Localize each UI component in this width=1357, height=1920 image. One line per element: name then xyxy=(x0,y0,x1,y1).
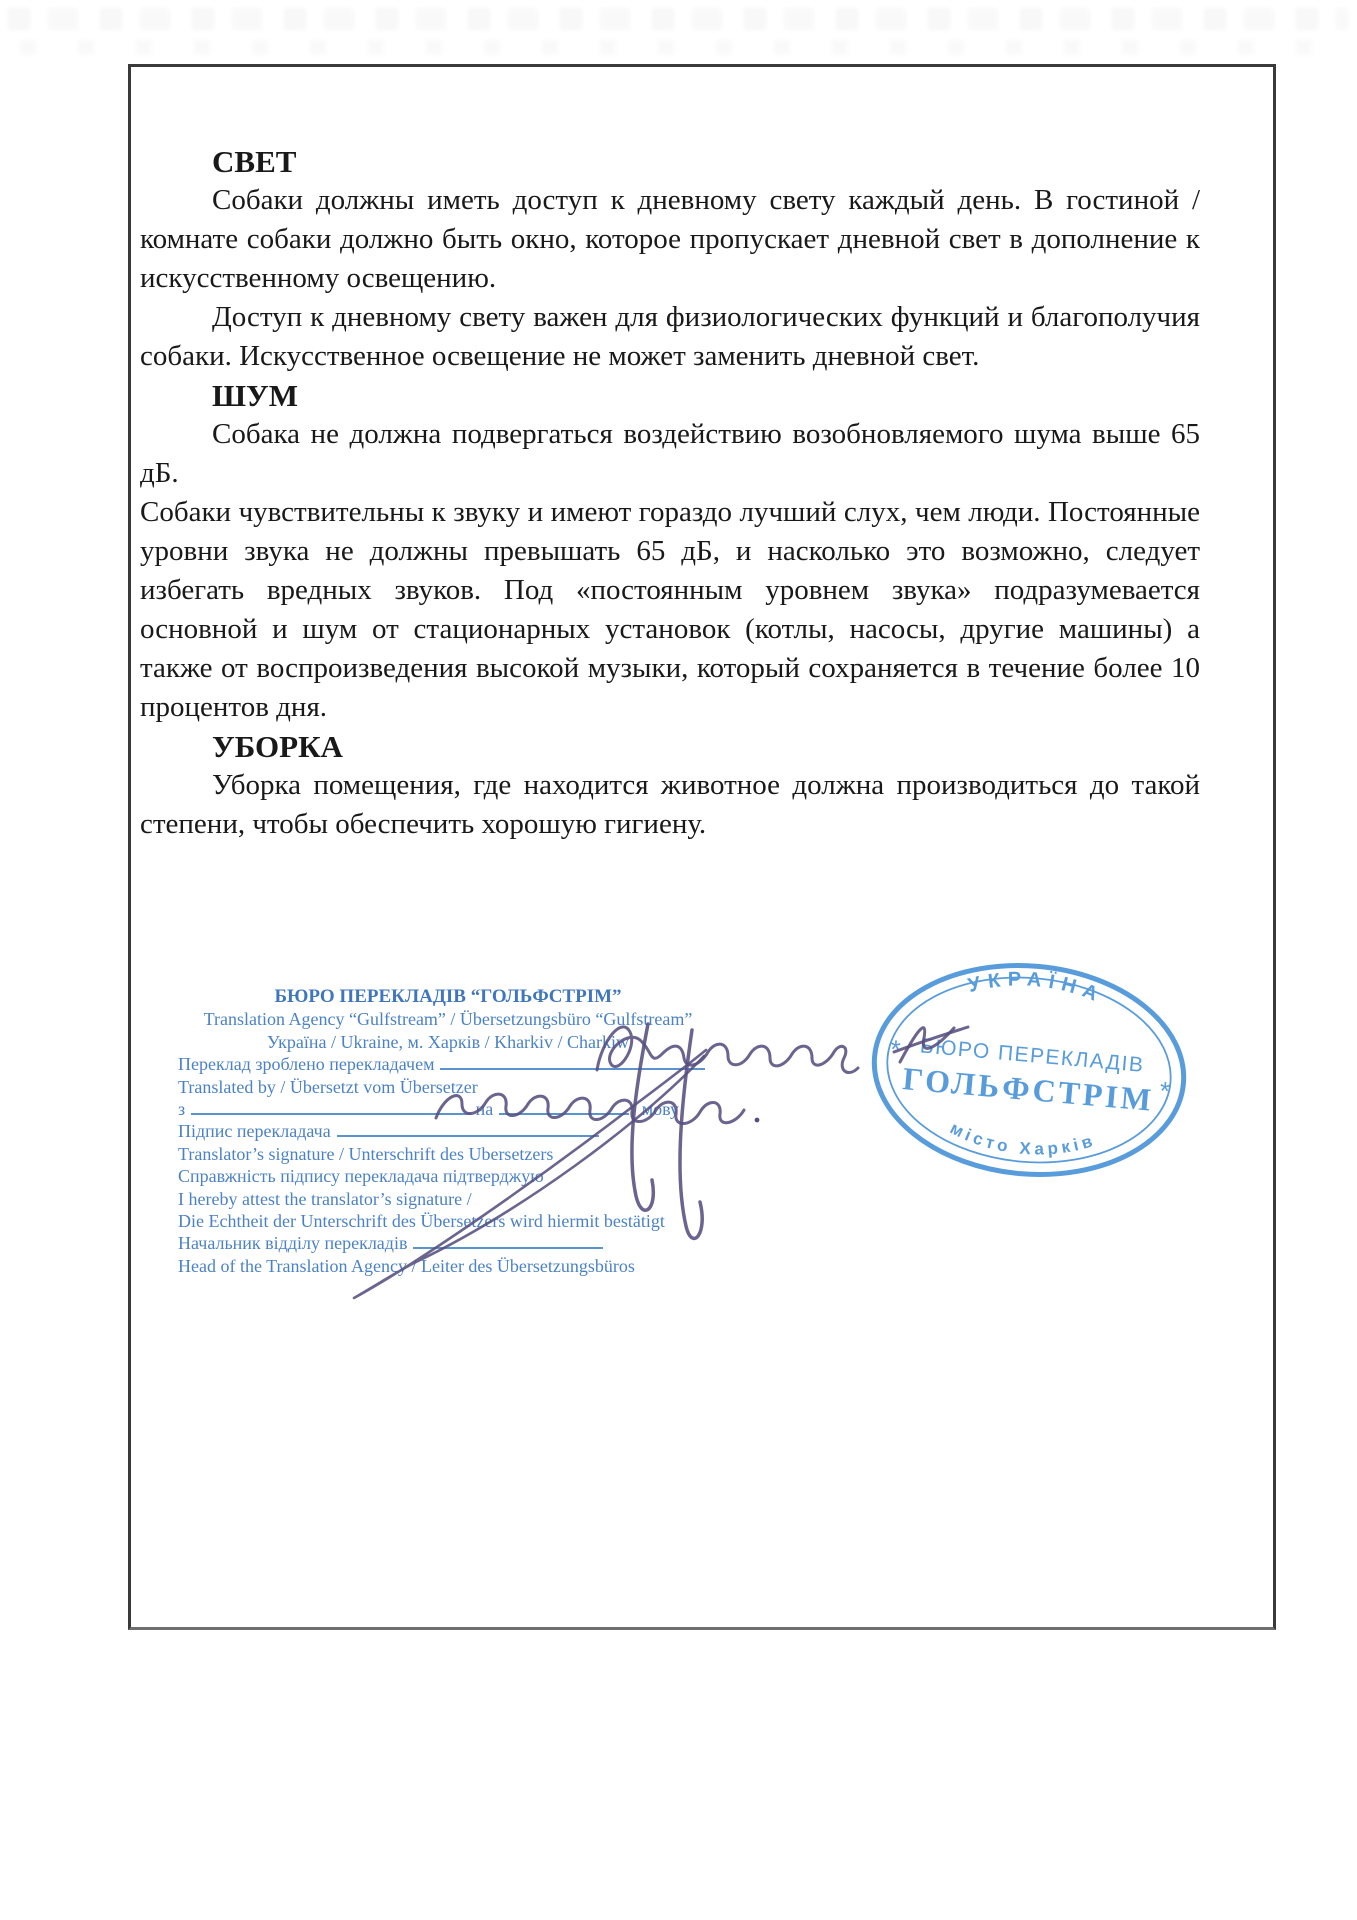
form-row-head-en: Head of the Translation Agency / Leiter … xyxy=(178,1255,718,1277)
agency-subtitle: Translation Agency “Gulfstream” / Überse… xyxy=(178,1008,718,1030)
agency-location: Україна / Ukraine, м. Харків / Kharkiv /… xyxy=(178,1031,718,1053)
section-heading-noise: ШУМ xyxy=(140,376,1200,415)
form-row-signature-ua: Підпис перекладача xyxy=(178,1120,718,1142)
blank-line xyxy=(413,1233,603,1249)
blank-line xyxy=(337,1121,599,1137)
label-head-ua: Начальник відділу перекладів xyxy=(178,1233,407,1253)
agency-stamp: УКРАЇНА місто Харків БЮРО ПЕРЕКЛАДІВ ГОЛ… xyxy=(853,948,1205,1196)
translation-agency-block: БЮРО ПЕРЕКЛАДІВ “ГОЛЬФСТРІМ” Translation… xyxy=(178,986,718,1277)
label-translated-ua: Переклад зроблено перекладачем xyxy=(178,1054,434,1074)
paragraph-light-1: Собаки должны иметь доступ к дневному св… xyxy=(140,181,1200,298)
form-row-translated-ua: Переклад зроблено перекладачем xyxy=(178,1053,718,1075)
stamp-left-asterisk: * xyxy=(889,1034,902,1065)
form-row-attest-ua: Справжність підпису перекладача підтверд… xyxy=(178,1165,718,1187)
stamp-right-asterisk: * xyxy=(1158,1076,1171,1107)
paragraph-light-2: Доступ к дневному свету важен для физиол… xyxy=(140,298,1200,376)
paragraph-noise-2: Собаки чувствительны к звуку и имеют гор… xyxy=(140,493,1200,727)
label-lang-to: на xyxy=(476,1099,494,1119)
section-heading-light: СВЕТ xyxy=(140,142,1200,181)
form-row-signature-en: Translator’s signature / Unterschrift de… xyxy=(178,1143,718,1165)
label-lang-from: з xyxy=(178,1099,185,1119)
paragraph-noise-1: Собака не должна подвергаться воздействи… xyxy=(140,415,1200,493)
blank-line xyxy=(499,1099,629,1115)
form-row-translated-en: Translated by / Übersetzt vom Übersetzer xyxy=(178,1076,718,1098)
label-lang-word: мову xyxy=(642,1099,679,1119)
document-body: СВЕТ Собаки должны иметь доступ к дневно… xyxy=(140,142,1200,844)
form-row-languages: з на мову xyxy=(178,1098,718,1120)
stamp-bottom-arc-text: місто Харків xyxy=(946,1118,1100,1165)
bleed-through-text-row xyxy=(8,8,1348,30)
blank-line xyxy=(440,1054,705,1070)
form-row-head-ua: Начальник відділу перекладів xyxy=(178,1232,718,1254)
agency-title: БЮРО ПЕРЕКЛАДІВ “ГОЛЬФСТРІМ” xyxy=(178,986,718,1008)
paragraph-cleaning-1: Уборка помещения, где находится животное… xyxy=(140,766,1200,844)
scanned-document-page: СВЕТ Собаки должны иметь доступ к дневно… xyxy=(0,0,1357,1920)
form-row-attest-en: I hereby attest the translator’s signatu… xyxy=(178,1188,718,1210)
label-signature-ua: Підпис перекладача xyxy=(178,1121,331,1141)
section-heading-cleaning: УБОРКА xyxy=(140,727,1200,766)
svg-text:місто Харків: місто Харків xyxy=(946,1118,1100,1165)
bleed-through-text-row xyxy=(20,40,1340,55)
blank-line xyxy=(191,1099,471,1115)
form-row-attest-de: Die Echtheit der Unterschrift des Überse… xyxy=(178,1210,718,1232)
